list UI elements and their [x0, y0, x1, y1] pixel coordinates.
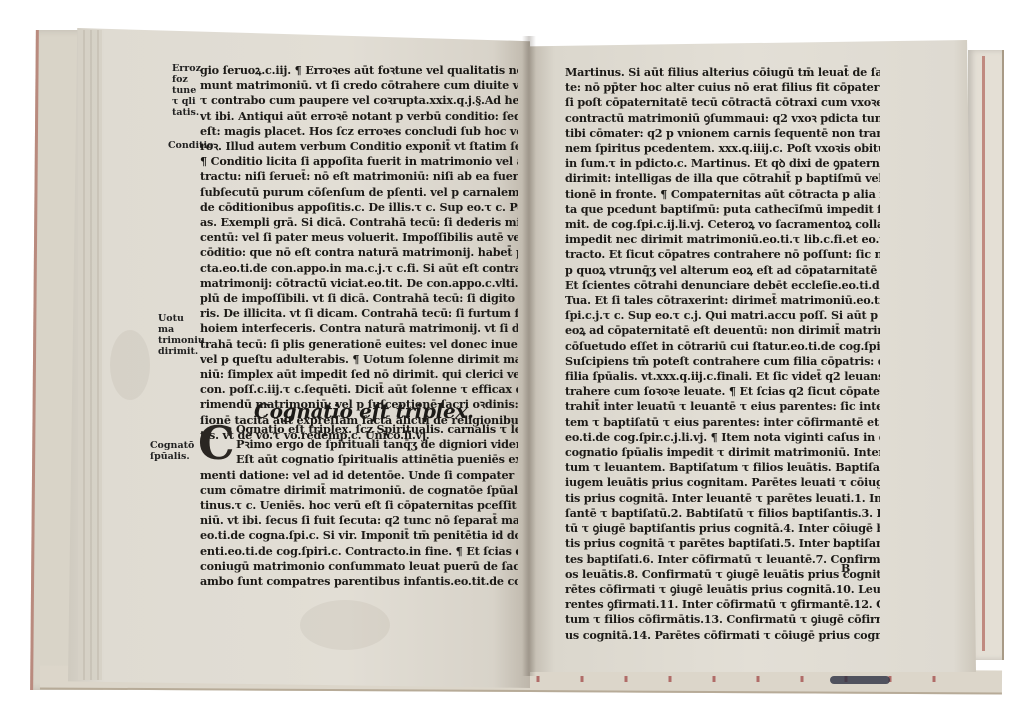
text-line: eoꝝ ad cōpaternitatē eſt deuentū: non di… [565, 323, 880, 338]
left-page-text-bottom: Ognatio eſt triplex. ſcz Spiritualis. ca… [200, 445, 518, 589]
text-line: centū: vel ſi pater meus voluerit. Impoſ… [200, 230, 518, 245]
text-line: cōſuetudo eſſet in cōtrariū cui ſtatur.e… [565, 339, 880, 354]
signature-mark: B [841, 562, 850, 575]
text-line: impedit nec dirimit matrimoniū.eo.ti.τ l… [565, 232, 880, 247]
text-line: enti.eo.ti.de cog.ſpiri.c. Contracto.in … [200, 544, 518, 559]
marginal-note-errors: Erroz foz tune τ qli tatis. [172, 63, 202, 118]
text-line: tractu: niſi ſeruet̄: nō eſt matrimoniū:… [200, 169, 518, 184]
text-line: matrimonij: cōtractū viciat.eo.tit. De c… [200, 276, 518, 291]
text-line: rentes ꝯfirmati.11. Inter cōfirmatū τ ꝯf… [565, 597, 880, 612]
text-line: ſpi.c.j.τ c. Sup eo.τ c.j. Qui matri.acc… [565, 308, 880, 323]
text-line: cta.eo.ti.de con.appo.in ma.c.j.τ c.fi. … [200, 261, 518, 276]
text-line: roꝛ. Illud autem verbum Conditio exponit… [200, 139, 518, 154]
text-line: trahit̄ inter leuatū τ leuantē τ eius pa… [565, 399, 880, 414]
text-line: eſt: magis placet. Hos ſcz erroꝛes concl… [200, 124, 518, 139]
text-line: dirimit: intelligas de illa que cōtrahit… [565, 171, 880, 186]
text-line: ¶ Conditio licita ſi appoſita fuerit in … [200, 154, 518, 169]
text-line: tinus.τ c. Ueniēs. hoc verū eſt ſi cōpat… [200, 498, 518, 513]
text-line: niū: ſimplex aūt impedit ſed nō dirimit.… [200, 367, 518, 382]
text-line: tionē in fronte. ¶ Compaternitas aūt cōt… [565, 187, 880, 202]
text-line: tibi cōmater: q2 p vnionem carnis ſequen… [565, 126, 880, 141]
text-line: in ſum.τ in pdicto.c. Martinus. Et qꝺ di… [565, 156, 880, 171]
text-line: vt ibi. Antiqui aūt erroꝛē notant p verb… [200, 109, 518, 124]
leaf-edges-left [78, 30, 102, 680]
text-line: coniugū matrimonio conſummato leuat puer… [200, 559, 518, 574]
text-line: ris. De illicita. vt ſi dicam. Contrahā … [200, 306, 518, 321]
text-line: vel p queſtu adulterabis. ¶ Uotum ſolenn… [200, 352, 518, 367]
text-line: ta que pcedunt baptiſmū: puta cathecīſmū… [565, 202, 880, 217]
text-line: Ognatio eſt triplex. ſcz Spiritualis. ca… [200, 422, 518, 437]
text-line: iugem leuātis prius cognitam. Parētes le… [565, 475, 880, 490]
text-line: us cognitā.14. Parētes cōfirmati τ cōiug… [565, 628, 880, 643]
text-line: gio ſeruoꝝ.c.iij. ¶ Erroꝛes aūt foꝛtune … [200, 63, 518, 78]
book-gutter [522, 36, 536, 676]
text-line: ambo ſunt compatres parentibus infantis.… [200, 574, 518, 589]
text-line: Tua. Et ſi tales cōtraxerint: dirimet̄ m… [565, 293, 880, 308]
text-line: cōditio: que nō eſt contra naturā matrim… [200, 245, 518, 260]
text-line: eo.ti.de cogna.ſpi.c. Si vir. Imponit̄ t… [200, 528, 518, 543]
marginal-note-cognatio: Cognatō ſpūalis. [150, 440, 190, 462]
text-line: as. Exempli grā. Si dicā. Contrahā tecū:… [200, 215, 518, 230]
text-line: con. poſſ.c.iij.τ c.ſequēti. Dicit̄ aūt … [200, 382, 518, 397]
text-line: mit. de cog.ſpi.c.ij.li.vj. Ceteroꝝ vo ſ… [565, 217, 880, 232]
text-line: trahere cum ſoꝛoꝛe leuate. ¶ Et ſcias q2… [565, 384, 880, 399]
text-line: Et ſcientes cōtrahi denunciare debēt ecc… [565, 278, 880, 293]
text-line: Martinus. Si aūt filius alterius cōiugū … [565, 65, 880, 80]
text-line: cum cōmatre dirimit̄ matrimoniū. de cogn… [200, 483, 518, 498]
text-line: te: nō pp̄ter hoc alter cuius nō erat fi… [565, 80, 880, 95]
paper-stain [300, 600, 390, 650]
text-line: tis prius cognitā. Inter leuantē τ parēt… [565, 491, 880, 506]
paper-stain [110, 330, 150, 400]
text-line: tis prius cognitā τ parētes baptiſati.5.… [565, 536, 880, 551]
text-line: contractū matrimoniū ꝯſummaui: q2 vxoꝛ p… [565, 111, 880, 126]
text-line: cognatio ſpūalis impedit τ dirimit matri… [565, 445, 880, 460]
marginal-note-votum: Uotu ma trimoniu dirimit. [158, 313, 198, 357]
text-line: os leuātis.8. Confirmatū τ ꝯiugē leuātis… [565, 567, 880, 582]
text-line: tem τ baptiſatū τ eius parentes: inter c… [565, 415, 880, 430]
text-line: τ contrabo cum paupere vel coꝛrupta.xxix… [200, 93, 518, 108]
text-line: tum τ filios cōfirmātis.13. Confirmatū τ… [565, 612, 880, 627]
right-page-text: Martinus. Si aūt filius alterius cōiugū … [565, 65, 880, 643]
text-line: Suſcipiens tm̄ poteſt contrahere cum fil… [565, 354, 880, 369]
text-line: ſi poſt cōpaternitatē tecū cōtractā cōtr… [565, 95, 880, 110]
left-page-text-top: gio ſeruoꝝ.c.iij. ¶ Erroꝛes aūt foꝛtune … [200, 63, 518, 443]
text-line: Pꝛimo ergo de ſpirituali tanq̄ʒ de digni… [200, 437, 518, 452]
text-line: Eſt aūt cognatio ſpiritualis attinētia p… [200, 452, 518, 467]
text-line: hoiem interfeceris. Contra naturā matrim… [200, 321, 518, 336]
text-line: niū. vt ibi. ſecus ſi fuit ſecuta: q2 tu… [200, 513, 518, 528]
text-line: munt matrimoniū. vt ſi credo cōtrahere c… [200, 78, 518, 93]
text-line: nem ſpiritus pcedentem. xxx.q.iiij.c. Po… [565, 141, 880, 156]
text-line: trahā tecū: ſi plis generationē euites: … [200, 337, 518, 352]
text-line: ſubſecutū purum cōſenſum de pſenti. vel … [200, 185, 518, 200]
text-line: p quoꝝ vtrunq̄ʒ vel alterum eoꝝ eſt ad c… [565, 263, 880, 278]
text-line: ſantē τ baptiſatū.2. Babtiſatū τ filios … [565, 506, 880, 521]
text-line: plū de impoſſibili. vt ſi dicā. Contrahā… [200, 291, 518, 306]
red-edge-line [982, 56, 985, 651]
text-line: tū τ ꝯiugē baptiſantis prius cognitā.4. … [565, 521, 880, 536]
text-line: rētes cōfirmati τ ꝯiugē leuātis prius co… [565, 582, 880, 597]
text-line: filia ſpūalis. vt.xxx.q.iij.c.finali. Et… [565, 369, 880, 384]
open-book-photo: Erroz foz tune τ qli tatis. Conditio Uot… [0, 0, 1024, 710]
text-line: tes baptiſati.6. Inter cōfirmatū τ leuan… [565, 552, 880, 567]
text-line: menti datione: vel ad id detentōe. Unde … [200, 468, 518, 483]
text-line: tum τ leuantem. Baptiſatum τ filios leuā… [565, 460, 880, 475]
text-line: tracto. Et ſicut cōpatres contrahere nō … [565, 247, 880, 262]
text-line: de cōditionibus appoſitis.c. De illis.τ … [200, 200, 518, 215]
section-heading: Cognatio eſt triplex. [254, 399, 474, 423]
text-line: eo.ti.de cog.ſpir.c.j.li.vj. ¶ Item nota… [565, 430, 880, 445]
dark-cloth-under-book [830, 676, 890, 684]
